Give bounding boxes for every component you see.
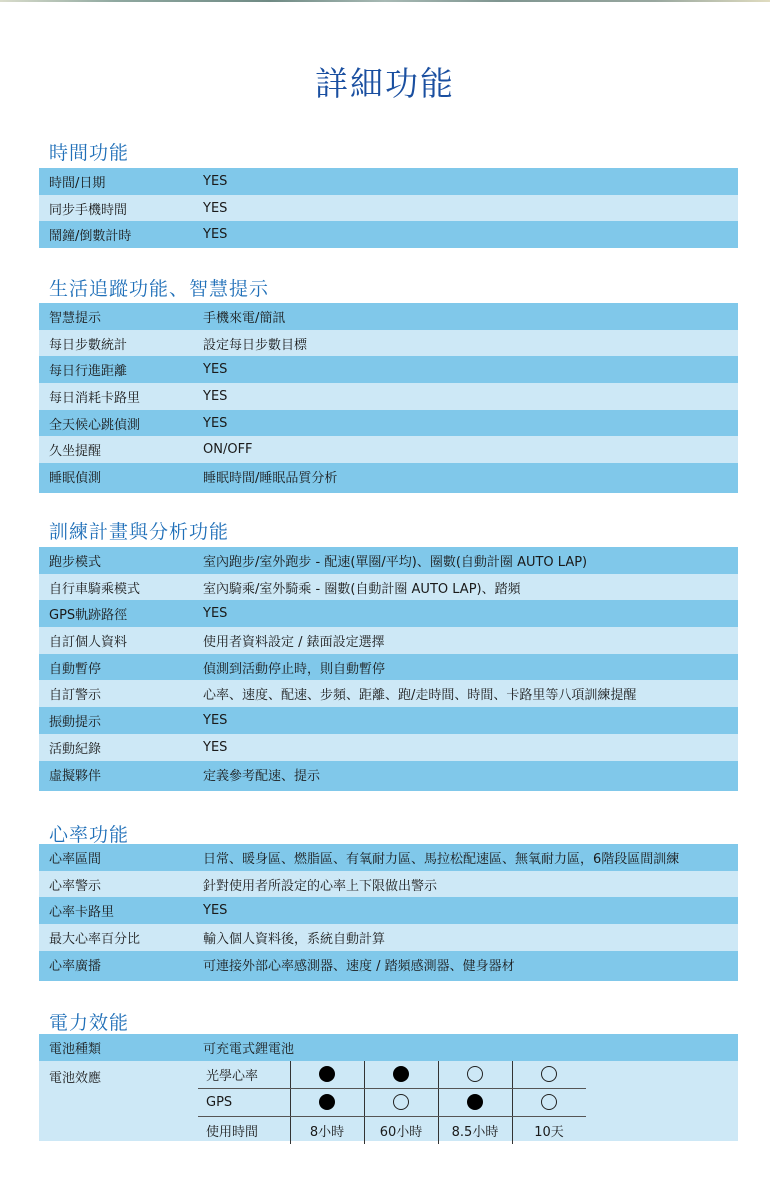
table-row: 自訂警示心率、速度、配速、步頻、距離、跑/走時間、時間、卡路里等八項訓練提醒 (39, 680, 738, 707)
feature-label: 久坐提醒 (39, 440, 203, 459)
power-features-table: 電池種類可充電式鋰電池 電池效應 光學心率 GPS 使用時間 8小時 60小時 (39, 1034, 738, 1141)
usage-time-value: 8.5小時 (438, 1116, 512, 1144)
table-row: 心率警示針對使用者所設定的心率上下限做出警示 (39, 871, 738, 898)
feature-label: 每日步數統計 (39, 334, 203, 353)
table-row: 久坐提醒ON/OFF (39, 436, 738, 463)
section-title-lifestyle: 生活追蹤功能、智慧提示 (49, 274, 269, 301)
feature-label: 心率區間 (39, 848, 203, 867)
feature-value: 日常、暖身區、燃脂區、有氧耐力區、馬拉松配速區、無氧耐力區，6階段區間訓練 (203, 848, 738, 867)
empty-circle-icon (541, 1094, 557, 1110)
feature-value: ON/OFF (203, 442, 738, 457)
feature-value: YES (203, 740, 738, 755)
matrix-row-optical-hr: 光學心率 (198, 1061, 586, 1089)
feature-value: YES (203, 201, 738, 216)
feature-label: 每日消耗卡路里 (39, 387, 203, 406)
feature-label: 自訂個人資料 (39, 631, 203, 650)
feature-value: 使用者資料設定 / 錶面設定選擇 (203, 631, 738, 650)
table-row: 同步手機時間YES (39, 195, 738, 222)
filled-circle-icon (393, 1066, 409, 1082)
feature-label: 活動紀錄 (39, 738, 203, 757)
table-row: 心率廣播可連接外部心率感測器、速度 / 踏頻感測器、健身器材 (39, 951, 738, 981)
section-title-time: 時間功能 (49, 138, 129, 165)
section-title-heart-rate: 心率功能 (49, 820, 129, 847)
table-row: 活動紀錄YES (39, 734, 738, 761)
table-row: 最大心率百分比輸入個人資料後，系統自動計算 (39, 924, 738, 951)
feature-label: 電池效應 (49, 1067, 101, 1086)
feature-value: 定義參考配速、提示 (203, 765, 738, 784)
feature-value: YES (203, 903, 738, 918)
usage-time-value: 8小時 (290, 1116, 364, 1144)
feature-label: 智慧提示 (39, 307, 203, 326)
section-title-training: 訓練計畫與分析功能 (49, 517, 229, 544)
feature-value: 手機來電/簡訊 (203, 307, 738, 326)
page-title: 詳細功能 (0, 58, 770, 105)
table-row: 全天候心跳偵測YES (39, 410, 738, 437)
feature-label: 心率廣播 (39, 955, 203, 974)
usage-time-value: 10天 (512, 1116, 586, 1144)
table-row: 心率區間日常、暖身區、燃脂區、有氧耐力區、馬拉松配速區、無氧耐力區，6階段區間訓… (39, 844, 738, 871)
feature-value: 可充電式鋰電池 (203, 1038, 738, 1057)
table-row: 每日消耗卡路里YES (39, 383, 738, 410)
table-row: 睡眠偵測睡眠時間/睡眠品質分析 (39, 463, 738, 493)
feature-label: 時間/日期 (39, 172, 203, 191)
table-row: 自動暫停偵測到活動停止時，則自動暫停 (39, 654, 738, 681)
lifestyle-features-table: 智慧提示手機來電/簡訊 每日步數統計設定每日步數目標 每日行進距離YES 每日消… (39, 303, 738, 493)
feature-label: 自訂警示 (39, 684, 203, 703)
table-row: GPS軌跡路徑YES (39, 600, 738, 627)
table-row: 自訂個人資料使用者資料設定 / 錶面設定選擇 (39, 627, 738, 654)
feature-label: 鬧鐘/倒數計時 (39, 225, 203, 244)
feature-label: 振動提示 (39, 711, 203, 730)
heart-rate-features-table: 心率區間日常、暖身區、燃脂區、有氧耐力區、馬拉松配速區、無氧耐力區，6階段區間訓… (39, 844, 738, 981)
table-row: 鬧鐘/倒數計時YES (39, 221, 738, 248)
empty-circle-icon (467, 1066, 483, 1082)
feature-value: YES (203, 174, 738, 189)
table-row: 每日行進距離YES (39, 356, 738, 383)
feature-value: 輸入個人資料後，系統自動計算 (203, 928, 738, 947)
feature-value: 偵測到活動停止時，則自動暫停 (203, 658, 738, 677)
table-row: 時間/日期YES (39, 168, 738, 195)
matrix-row-label: GPS (198, 1088, 290, 1116)
training-features-table: 跑步模式室內跑步/室外跑步 - 配速(單圈/平均)、圈數(自動計圈 AUTO L… (39, 547, 738, 791)
feature-label: 跑步模式 (39, 551, 203, 570)
feature-label: GPS軌跡路徑 (39, 604, 203, 623)
feature-value: 針對使用者所設定的心率上下限做出警示 (203, 875, 738, 894)
feature-value: YES (203, 389, 738, 404)
feature-value: YES (203, 416, 738, 431)
feature-value: 室內騎乘/室外騎乘 - 圈數(自動計圈 AUTO LAP)、踏頻 (203, 578, 738, 597)
feature-label: 自行車騎乘模式 (39, 578, 203, 597)
matrix-row-label: 光學心率 (198, 1061, 290, 1089)
feature-label: 睡眠偵測 (39, 467, 203, 486)
feature-label: 每日行進距離 (39, 360, 203, 379)
table-row: 每日步數統計設定每日步數目標 (39, 330, 738, 357)
feature-label: 最大心率百分比 (39, 928, 203, 947)
battery-life-row: 電池效應 光學心率 GPS 使用時間 8小時 60小時 8.5小時 (39, 1061, 738, 1141)
feature-label: 心率卡路里 (39, 901, 203, 920)
top-decorative-strip (0, 0, 770, 2)
feature-label: 電池種類 (39, 1038, 203, 1057)
feature-label: 全天候心跳偵測 (39, 414, 203, 433)
filled-circle-icon (319, 1066, 335, 1082)
matrix-row-gps: GPS (198, 1088, 586, 1116)
table-row: 智慧提示手機來電/簡訊 (39, 303, 738, 330)
empty-circle-icon (393, 1094, 409, 1110)
section-title-power: 電力效能 (49, 1008, 129, 1035)
time-features-table: 時間/日期YES 同步手機時間YES 鬧鐘/倒數計時YES (39, 168, 738, 248)
feature-label: 自動暫停 (39, 658, 203, 677)
feature-value: 可連接外部心率感測器、速度 / 踏頻感測器、健身器材 (203, 955, 738, 974)
usage-time-value: 60小時 (364, 1116, 438, 1144)
matrix-row-label: 使用時間 (198, 1116, 290, 1144)
battery-life-matrix: 光學心率 GPS 使用時間 8小時 60小時 8.5小時 10天 (198, 1061, 586, 1144)
feature-value: 設定每日步數目標 (203, 334, 738, 353)
table-row: 振動提示YES (39, 707, 738, 734)
feature-label: 同步手機時間 (39, 199, 203, 218)
table-row: 自行車騎乘模式室內騎乘/室外騎乘 - 圈數(自動計圈 AUTO LAP)、踏頻 (39, 574, 738, 601)
filled-circle-icon (319, 1094, 335, 1110)
matrix-row-usage-time: 使用時間 8小時 60小時 8.5小時 10天 (198, 1116, 586, 1144)
table-row: 心率卡路里YES (39, 897, 738, 924)
feature-value: 心率、速度、配速、步頻、距離、跑/走時間、時間、卡路里等八項訓練提醒 (203, 684, 738, 703)
feature-value: 睡眠時間/睡眠品質分析 (203, 467, 738, 486)
table-row: 跑步模式室內跑步/室外跑步 - 配速(單圈/平均)、圈數(自動計圈 AUTO L… (39, 547, 738, 574)
feature-value: YES (203, 713, 738, 728)
table-row: 虛擬夥伴定義參考配速、提示 (39, 761, 738, 791)
feature-value: YES (203, 362, 738, 377)
feature-label: 虛擬夥伴 (39, 765, 203, 784)
filled-circle-icon (467, 1094, 483, 1110)
empty-circle-icon (541, 1066, 557, 1082)
feature-value: YES (203, 227, 738, 242)
feature-label: 心率警示 (39, 875, 203, 894)
table-row: 電池種類可充電式鋰電池 (39, 1034, 738, 1061)
feature-value: 室內跑步/室外跑步 - 配速(單圈/平均)、圈數(自動計圈 AUTO LAP) (203, 551, 738, 570)
feature-value: YES (203, 606, 738, 621)
